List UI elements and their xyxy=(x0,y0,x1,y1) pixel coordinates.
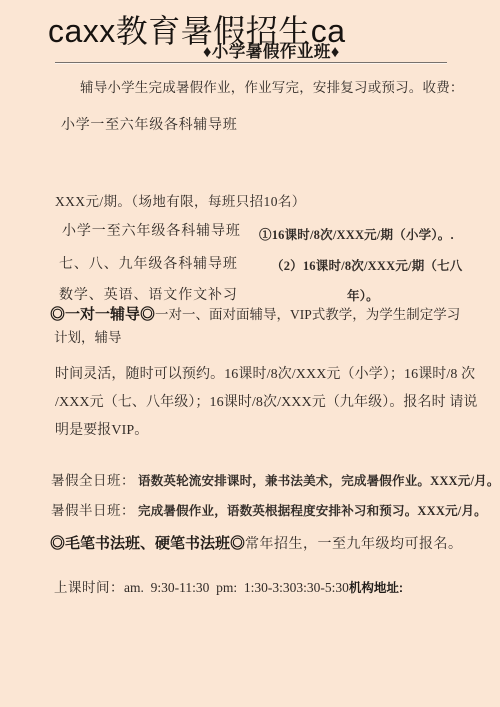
fullday-label: 暑假全日班： xyxy=(51,473,135,488)
one-on-one-intro-line2: 计划，辅导 xyxy=(54,330,122,347)
one-on-one-line: ◎一对一辅导◎一对一、面对面辅导，VIP式教学，为学生制定学习 xyxy=(50,305,460,325)
calligraphy-badge: ◎毛笔书法班、硬笔书法班◎ xyxy=(50,535,245,552)
page-subtitle: ♦小学暑假作业班♦ xyxy=(203,42,340,63)
calligraphy-line: ◎毛笔书法班、硬笔书法班◎常年招生，一至九年级均可报名。 xyxy=(50,534,463,554)
course-price: ①16课时/8次/XXX元/期（小学）。. xyxy=(259,228,454,244)
course-name: 小学一至六年级各科辅导班 xyxy=(62,223,241,241)
schedule-label: 上课时间： xyxy=(54,580,124,595)
schedule-times: am. 9:30-11:30 pm: 1:30-3:303:30-5:30 xyxy=(124,580,349,595)
address-label: 机构地址: xyxy=(349,581,403,595)
course-price: 年）。 xyxy=(347,289,379,305)
course-name: 数学、英语、语文作文补习 xyxy=(59,287,238,305)
one-on-one-detail-line: /XXX元（七、八年级）；16课时/8次/XXX元（九年级）。报名时 请说 xyxy=(55,394,478,412)
fullday-desc: 语数英轮流安排课时，兼书法美术，完成暑假作业。XXX元/月。 xyxy=(138,474,500,488)
one-on-one-detail-line: 明是要报VIP。 xyxy=(55,422,148,440)
header-rule xyxy=(55,62,447,63)
primary-class-heading: 小学一至六年级各科辅导班 xyxy=(61,117,237,135)
one-on-one-detail-line: 时间灵活，随时可以预约。16课时/8次/XXX元（小学）；16课时/8 次 xyxy=(55,366,475,384)
one-on-one-badge: ◎一对一辅导◎ xyxy=(50,306,155,323)
one-on-one-intro: 一对一、面对面辅导，VIP式教学，为学生制定学习 xyxy=(155,307,460,322)
schedule-line: 上课时间：am. 9:30-11:30 pm: 1:30-3:303:30-5:… xyxy=(54,580,403,597)
halfday-program-line: 暑假半日班：完成暑假作业，语数英根据程度安排补习和预习。XXX元/月。 xyxy=(51,501,487,521)
calligraphy-desc: 常年招生，一至九年级均可报名。 xyxy=(245,537,463,552)
course-price: （2）16课时/8次/XXX元/期（七八 xyxy=(271,259,463,275)
fee-note: XXX元/期。（场地有限，每班只招10名） xyxy=(55,194,306,211)
halfday-desc: 完成暑假作业，语数英根据程度安排补习和预习。XXX元/月。 xyxy=(138,504,487,518)
fullday-program-line: 暑假全日班：语数英轮流安排课时，兼书法美术，完成暑假作业。XXX元/月。 xyxy=(51,471,500,491)
intro-paragraph: 辅导小学生完成暑假作业，作业写完，安排复习或预习。收费： xyxy=(80,80,464,97)
flyer-page: caxx教育暑假招生ca ♦小学暑假作业班♦ 辅导小学生完成暑假作业，作业写完，… xyxy=(0,0,500,707)
course-name: 七、八、九年级各科辅导班 xyxy=(59,256,238,274)
halfday-label: 暑假半日班： xyxy=(51,503,135,518)
